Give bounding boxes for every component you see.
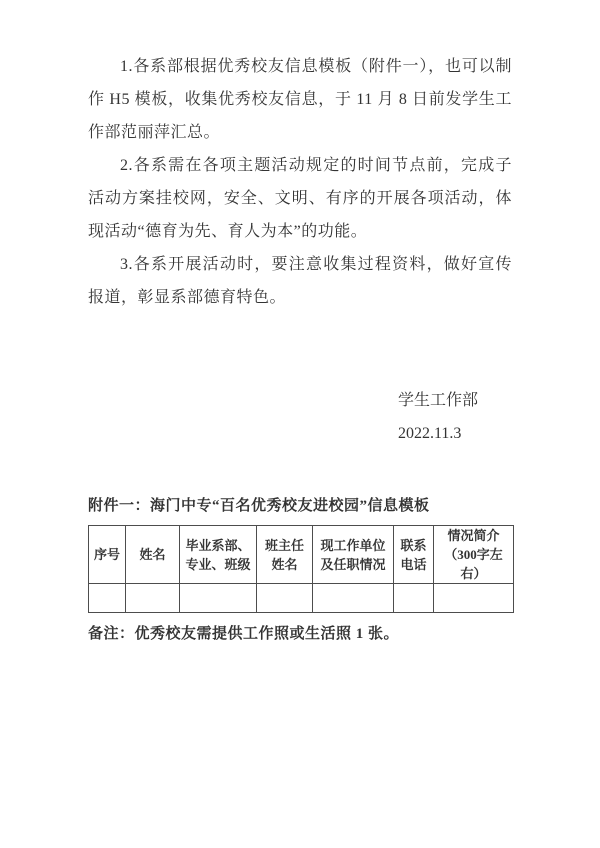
table-cell-empty bbox=[257, 584, 313, 613]
header-cell-xingming: 姓名 bbox=[126, 526, 180, 584]
header-cell-qingkuangjianjie: 情况简介（300字左右） bbox=[434, 526, 514, 584]
signature-block: 学生工作部 2022.11.3 bbox=[88, 384, 512, 450]
header-cell-gongzuodanwei: 现工作单位及任职情况 bbox=[313, 526, 394, 584]
paragraph-2: 2.各系需在各项主题活动规定的时间节点前，完成子活动方案挂校网，安全、文明、有序… bbox=[88, 149, 512, 248]
header-cell-lianxidianhua: 联系电话 bbox=[394, 526, 434, 584]
table-header-row: 序号 姓名 毕业系部、专业、班级 班主任姓名 现工作单位及任职情况 联系电话 情… bbox=[89, 526, 514, 584]
table-cell-empty bbox=[89, 584, 126, 613]
document-page: 1.各系部根据优秀校友信息模板（附件一），也可以制作 H5 模板，收集优秀校友信… bbox=[0, 0, 600, 848]
table-cell-empty bbox=[394, 584, 434, 613]
header-cell-banzhuren: 班主任姓名 bbox=[257, 526, 313, 584]
header-cell-xuhao: 序号 bbox=[89, 526, 126, 584]
table-cell-empty bbox=[126, 584, 180, 613]
table-row bbox=[89, 584, 514, 613]
table-cell-empty bbox=[434, 584, 514, 613]
attachment-title: 附件一：海门中专“百名优秀校友进校园”信息模板 bbox=[88, 494, 512, 515]
body-text: 1.各系部根据优秀校友信息模板（附件一），也可以制作 H5 模板，收集优秀校友信… bbox=[88, 50, 512, 314]
table-cell-empty bbox=[180, 584, 257, 613]
table-cell-empty bbox=[313, 584, 394, 613]
signature-org: 学生工作部 bbox=[398, 384, 512, 417]
header-cell-biye: 毕业系部、专业、班级 bbox=[180, 526, 257, 584]
paragraph-3: 3.各系开展活动时，要注意收集过程资料，做好宣传报道，彰显系部德育特色。 bbox=[88, 248, 512, 314]
info-template-table: 序号 姓名 毕业系部、专业、班级 班主任姓名 现工作单位及任职情况 联系电话 情… bbox=[88, 525, 514, 613]
note-line: 备注：优秀校友需提供工作照或生活照 1 张。 bbox=[88, 622, 512, 643]
signature-date: 2022.11.3 bbox=[398, 417, 512, 450]
paragraph-1: 1.各系部根据优秀校友信息模板（附件一），也可以制作 H5 模板，收集优秀校友信… bbox=[88, 50, 512, 149]
